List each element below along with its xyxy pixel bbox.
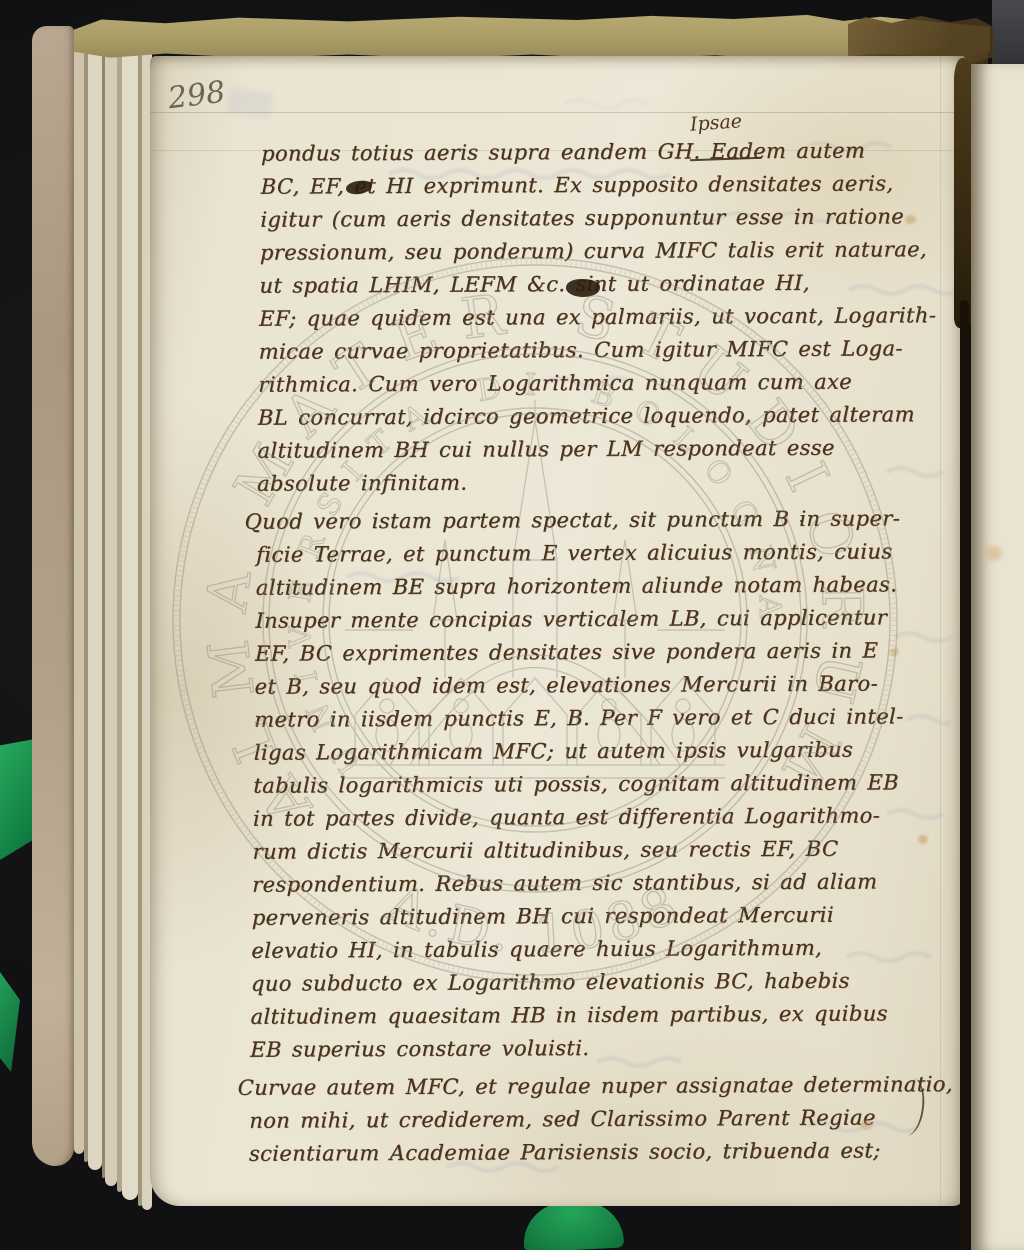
- ink-speck: [745, 688, 748, 691]
- manuscript-line: Curvae autem MFC, et regulae nuper assig…: [238, 1068, 915, 1105]
- manuscript-line: rithmica. Cum vero Logarithmica nunquam …: [258, 365, 923, 401]
- leaf-edge: [74, 34, 84, 1154]
- gutter-seam-upper: [954, 58, 972, 328]
- manuscript-line: et B, seu quod idem est, elevationes Mer…: [254, 667, 919, 703]
- manuscript-line: BL concurrat, idcirco geometrice loquend…: [258, 398, 923, 434]
- manuscript-line: EB superius constare voluisti.: [250, 1030, 915, 1066]
- manuscript-line: rum dictis Mercurii altitudinibus, seu r…: [252, 832, 917, 868]
- folio-number: 298: [166, 75, 227, 117]
- manuscript-line: EF, BC exprimentes densitates sive ponde…: [255, 634, 920, 670]
- cradle-strap-lower: [0, 972, 20, 1072]
- manuscript-line: altitudinem BH cui nullus per LM respond…: [257, 431, 922, 467]
- facing-page-edge: [971, 64, 1024, 1250]
- manuscript-line: ficie Terrae, et punctum E vertex alicui…: [256, 535, 921, 571]
- leaf-edge: [105, 34, 117, 1186]
- leaf-edge: [122, 34, 138, 1200]
- manuscript-line: in tot partes divide, quanta est differe…: [253, 799, 918, 835]
- manuscript-scan-scene: 298 pondus totius aeris supra eandem GH.…: [0, 0, 1024, 1250]
- cradle-support-bottom: [522, 1199, 624, 1250]
- manuscript-line: non mihi, ut crediderem, sed Clarissimo …: [249, 1101, 914, 1137]
- manuscript-line: absolute infinitam.: [257, 464, 922, 500]
- manuscript-line: pondus totius aeris supra eandem GH. Ead…: [261, 134, 926, 170]
- manuscript-line: igitur (cum aeris densitates supponuntur…: [260, 200, 925, 236]
- foxing-spot: [860, 1120, 873, 1130]
- gutter-seam-lower: [960, 300, 969, 1250]
- manuscript-line: Insuper mente concipias verticalem LB, c…: [255, 601, 920, 637]
- manuscript-line: Quod vero istam partem spectat, sit punc…: [244, 502, 921, 539]
- manuscript-line: elevatio HI, in tabulis quaere huius Log…: [251, 931, 916, 967]
- manuscript-line: respondentium. Rebus autem sic stantibus…: [252, 865, 917, 901]
- manuscript-line: pressionum, seu ponderum) curva MIFC tal…: [260, 233, 925, 269]
- manuscript-line: ligas Logarithmicam MFC; ut autem ipsis …: [254, 733, 919, 769]
- manuscript-line: quo subducto ex Logarithmo elevationis B…: [251, 964, 916, 1000]
- page-stack-edges: [74, 34, 152, 1210]
- facing-page-stain: [985, 546, 1002, 561]
- ink-speck: [800, 520, 802, 522]
- manuscript-line: altitudinem BE supra horizontem aliunde …: [256, 568, 921, 604]
- leaf-edge: [88, 34, 102, 1170]
- foxing-spot: [905, 215, 916, 224]
- interlinear-insertion: Ipsae: [689, 110, 742, 136]
- foxing-spot: [918, 835, 928, 844]
- manuscript-line: metro in iisdem punctis E, B. Per F vero…: [254, 700, 919, 736]
- manuscript-line: tabulis logarithmicis uti possis, cognit…: [253, 766, 918, 802]
- manuscript-line: perveneris altitudinem BH cui respondeat…: [252, 898, 917, 934]
- manuscript-line: micae curvae proprietatibus. Cum igitur …: [258, 332, 923, 368]
- manuscript-line: EF; quae quidem est una ex palmariis, ut…: [259, 299, 924, 335]
- manuscript-page: 298 pondus totius aeris supra eandem GH.…: [150, 56, 965, 1206]
- book-cover-board-edge: [32, 26, 74, 1166]
- foxing-spot: [890, 648, 899, 656]
- manuscript-line: scientiarum Academiae Parisiensis socio,…: [249, 1134, 914, 1170]
- manuscript-line: altitudinem quaesitam HB in iisdem parti…: [250, 997, 915, 1033]
